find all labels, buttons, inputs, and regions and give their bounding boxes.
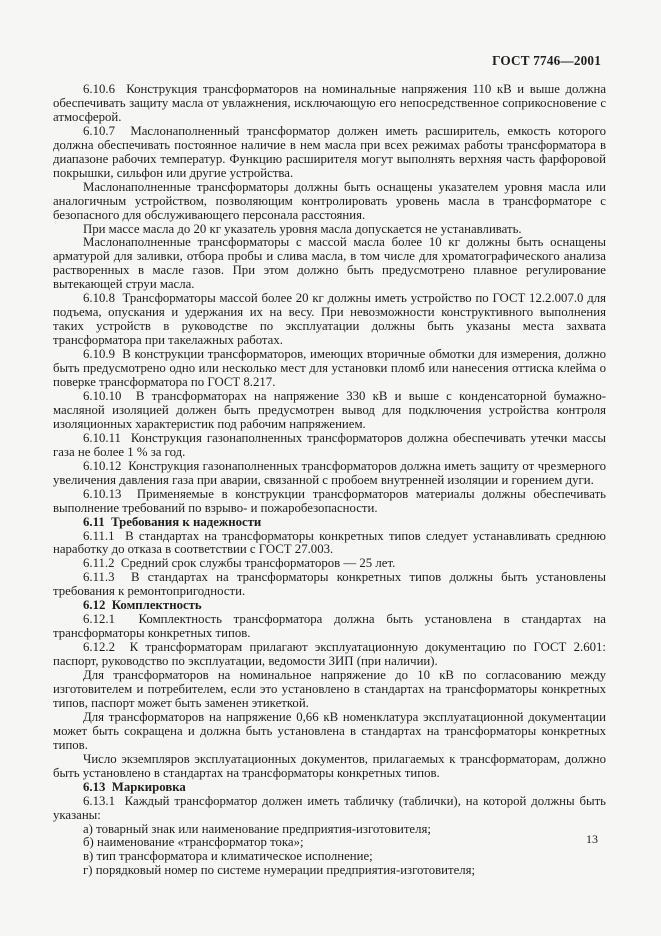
- paragraph: 6.10.8 Трансформаторы массой более 20 кг…: [53, 292, 606, 348]
- page-number: 13: [53, 832, 598, 846]
- paragraph: 6.11.2 Средний срок службы трансформатор…: [53, 557, 606, 571]
- paragraph: Маслонаполненные трансформаторы должны б…: [53, 181, 606, 223]
- section-heading: 6.11 Требования к надежности: [53, 516, 606, 530]
- paragraph: 6.10.6 Конструкция трансформаторов на но…: [53, 83, 606, 125]
- section-heading: 6.13 Маркировка: [53, 781, 606, 795]
- page-header-standard-number: ГОСТ 7746—2001: [53, 54, 601, 68]
- paragraph: 6.12.2 К трансформаторам прилагают экспл…: [53, 641, 606, 669]
- paragraph: При массе масла до 20 кг указатель уровн…: [53, 223, 606, 237]
- paragraph: 6.11.1 В стандартах на трансформаторы ко…: [53, 530, 606, 558]
- section-heading: 6.12 Комплектность: [53, 599, 606, 613]
- paragraph: 6.10.11 Конструкция газонаполненных тран…: [53, 432, 606, 460]
- paragraph: 6.10.12 Конструкция газонаполненных тран…: [53, 460, 606, 488]
- document-page: ГОСТ 7746—2001 6.10.6 Конструкция трансф…: [0, 0, 661, 936]
- paragraph: 6.12.1 Комплектность трансформатора долж…: [53, 613, 606, 641]
- paragraph: Число экземпляров эксплуатационных докум…: [53, 753, 606, 781]
- paragraph: 6.10.7 Маслонаполненный трансформатор до…: [53, 125, 606, 181]
- list-item: в) тип трансформатора и климатическое ис…: [53, 850, 606, 864]
- paragraph: 6.10.10 В трансформаторах на напряжение …: [53, 390, 606, 432]
- paragraph: Для трансформаторов на напряжение 0,66 к…: [53, 711, 606, 753]
- paragraph: Для трансформаторов на номинальное напря…: [53, 669, 606, 711]
- document-body: 6.10.6 Конструкция трансформаторов на но…: [53, 83, 606, 878]
- paragraph: 6.13.1 Каждый трансформатор должен иметь…: [53, 795, 606, 823]
- list-item: г) порядковый номер по системе нумерации…: [53, 864, 606, 878]
- paragraph: 6.10.9 В конструкции трансформаторов, им…: [53, 348, 606, 390]
- paragraph: Маслонаполненные трансформаторы с массой…: [53, 236, 606, 292]
- paragraph: 6.11.3 В стандартах на трансформаторы ко…: [53, 571, 606, 599]
- paragraph: 6.10.13 Применяемые в конструкции трансф…: [53, 488, 606, 516]
